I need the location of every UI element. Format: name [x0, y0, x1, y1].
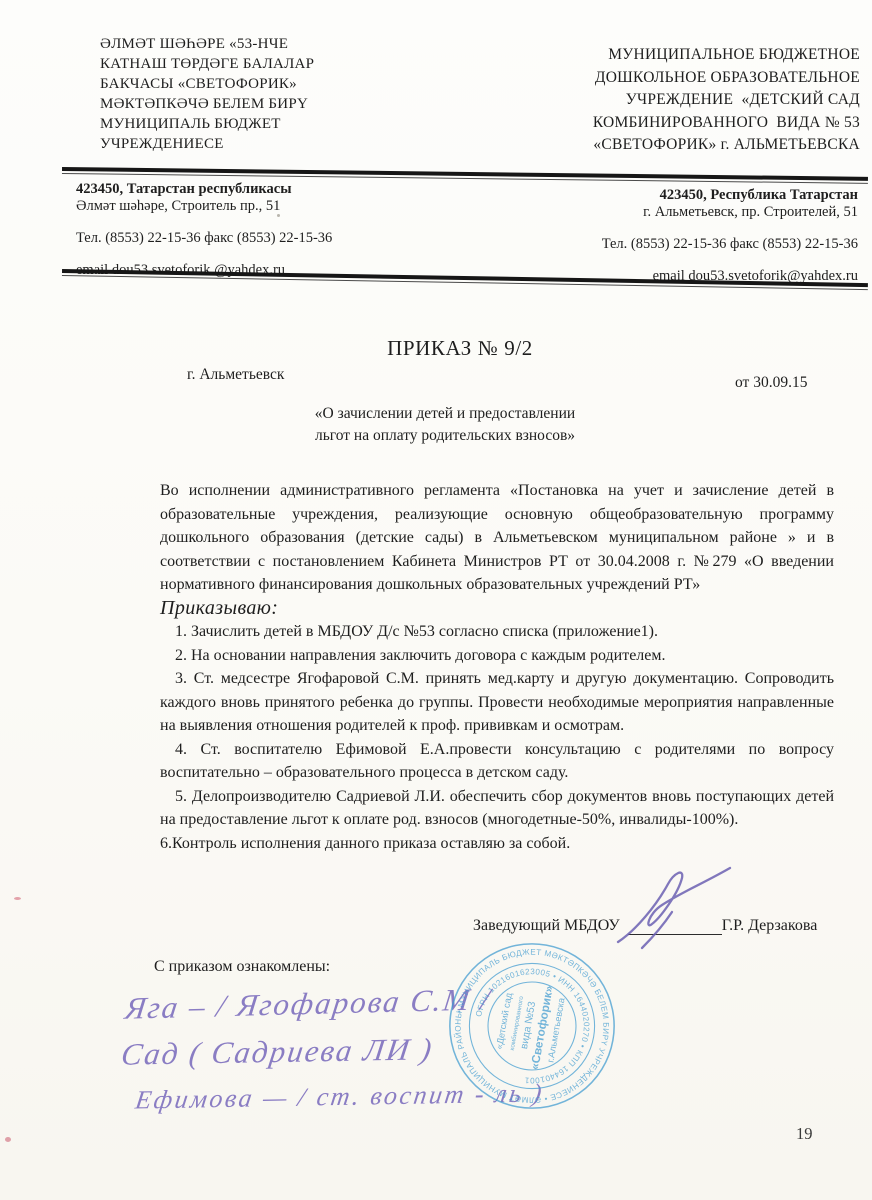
page-number: 19 [796, 1124, 813, 1144]
org-name-line: МУНИЦИПАЛЬ БЮДЖЕТ [100, 114, 390, 134]
org-name-line: КОМБИНИРОВАННОГО ВИДА № 53 [440, 112, 860, 135]
order-city: г. Альметьевск [187, 366, 284, 384]
address-block-tatar: 423450, Татарстан республикасы Әлмәт шәһ… [76, 181, 476, 279]
order-item-4: 4. Ст. воспитателю Ефимовой Е.А.провести… [160, 738, 834, 785]
signature-line [628, 916, 722, 935]
scanned-order-document: ӘЛМӘТ ШӘҺӘРЕ «53-НЧЕ КАТНАШ ТӨРДӘГЕ БАЛА… [0, 0, 872, 1200]
order-body: Во исполнении административного регламен… [160, 479, 834, 855]
org-name-line: УЧРЕЖДЕНИЕ «ДЕТСКИЙ САД [440, 89, 860, 112]
order-title: ПРИКАЗ № 9/2 [100, 336, 820, 361]
org-name-line: ӘЛМӘТ ШӘҺӘРЕ «53-НЧЕ [100, 34, 390, 54]
org-name-line: МУНИЦИПАЛЬНОЕ БЮДЖЕТНОЕ [440, 44, 860, 67]
order-subject: «О зачислении детей и предоставлении льг… [100, 403, 790, 447]
org-name-russian: МУНИЦИПАЛЬНОЕ БЮДЖЕТНОЕ ДОШКОЛЬНОЕ ОБРАЗ… [440, 44, 860, 157]
order-item-1: 1. Зачислить детей в МБДОУ Д/с №53 согла… [160, 620, 834, 644]
org-name-line: ДОШКОЛЬНОЕ ОБРАЗОВАТЕЛЬНОЕ [440, 67, 860, 90]
street-address: г. Альметьевск, пр. Строителей, 51 [440, 204, 858, 221]
order-item-2: 2. На основании направления заключить до… [160, 644, 834, 668]
handwritten-signature-2: Сад ( Садриева ЛИ ) [119, 1031, 436, 1072]
subject-line: льгот на оплату родительских взносов» [100, 425, 790, 447]
handwritten-signature-1: Яга – / Ягофарова С.М / [123, 981, 494, 1027]
decree-word: Приказываю: [160, 597, 834, 621]
pen-signature-flourish [608, 864, 738, 950]
order-item-5: 5. Делопроизводителю Садриевой Л.И. обес… [160, 785, 834, 832]
order-item-6: 6.Контроль исполнения данного приказа ос… [160, 832, 834, 856]
subject-line: «О зачислении детей и предоставлении [100, 403, 790, 425]
org-name-tatar: ӘЛМӘТ ШӘҺӘРЕ «53-НЧЕ КАТНАШ ТӨРДӘГЕ БАЛА… [100, 34, 390, 154]
order-preamble: Во исполнении административного регламен… [160, 479, 834, 597]
postal-region: 423450, Татарстан республикасы [76, 181, 476, 198]
postal-region: 423450, Республика Татарстан [440, 187, 858, 204]
street-address: Әлмәт шәһәре, Строитель пр., 51 [76, 198, 476, 215]
scan-artifact [5, 1137, 11, 1142]
scan-artifact [277, 214, 280, 217]
order-item-3: 3. Ст. медсестре Ягофаровой С.М. принять… [160, 667, 834, 738]
org-name-line: УЧРЕЖДЕНИЕСЕ [100, 134, 390, 154]
org-name-line: БАКЧАСЫ «СВЕТОФОРИК» [100, 74, 390, 94]
acknowledgement-label: С приказом ознакомлены: [154, 958, 330, 976]
official-round-stamp: • МУНИЦИПАЛЬ БЮДЖЕТ МӘКТӘПКӘЧӘ БЕЛЕМ БИР… [430, 924, 634, 1128]
org-name-line: «СВЕТОФОРИК» г. АЛЬМЕТЬЕВСКА [440, 134, 860, 157]
org-name-line: МӘКТӘПКӘЧӘ БЕЛЕМ БИРҮ [100, 94, 390, 114]
order-date: от 30.09.15 [735, 374, 807, 392]
address-block-russian: 423450, Республика Татарстан г. Альметье… [440, 187, 858, 285]
org-name-line: КАТНАШ ТӨРДӘГЕ БАЛАЛАР [100, 54, 390, 74]
phone-fax: Тел. (8553) 22-15-36 факс (8553) 22-15-3… [440, 236, 858, 253]
phone-fax: Тел. (8553) 22-15-36 факс (8553) 22-15-3… [76, 230, 476, 247]
scan-artifact [14, 897, 21, 900]
